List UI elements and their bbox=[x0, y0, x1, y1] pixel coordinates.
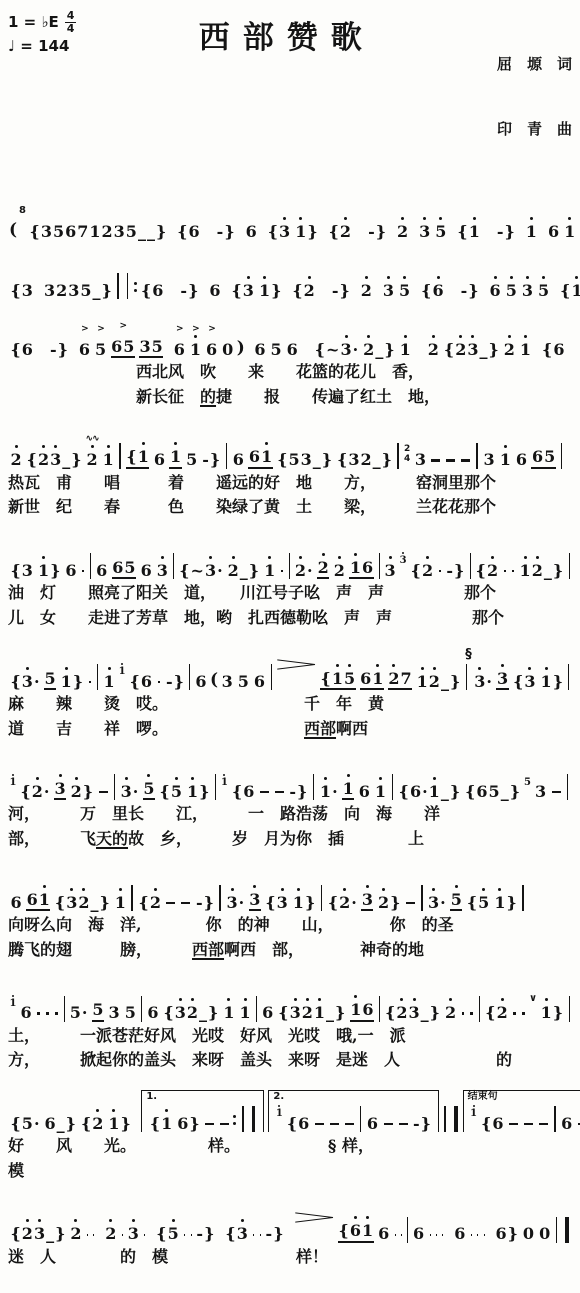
octave-dot bbox=[253, 885, 256, 888]
note-cell: } bbox=[100, 888, 110, 911]
note-cell: } bbox=[382, 445, 392, 468]
note-cell: 2 bbox=[378, 888, 389, 911]
note-cell: 5 bbox=[489, 777, 500, 800]
barline bbox=[141, 996, 142, 1022]
note: 2 bbox=[317, 553, 329, 579]
note-cell: } bbox=[553, 556, 563, 579]
note-digit: _ bbox=[544, 562, 552, 579]
octave-dot bbox=[75, 777, 78, 780]
note-cell: 3 bbox=[157, 556, 168, 579]
note-cell: } bbox=[210, 445, 220, 468]
octave-dot bbox=[36, 777, 39, 780]
note-cell: 6 bbox=[79, 335, 90, 358]
note-digit: 6 bbox=[367, 1115, 378, 1132]
note-digit: 6 bbox=[22, 341, 33, 358]
system-10: {5·6_}{21}1.{16}2.1{66-}结束句1{66-}好 风 光。 … bbox=[8, 1082, 572, 1184]
note-cell: 3 bbox=[54, 774, 65, 797]
note-cell: 1 bbox=[520, 556, 531, 579]
note: 2· bbox=[294, 556, 313, 579]
barline bbox=[466, 664, 467, 690]
note-cell: 1 bbox=[372, 664, 383, 687]
note-cell: _ bbox=[313, 445, 321, 468]
note-cell: { bbox=[268, 217, 278, 240]
note-cell: 3 bbox=[128, 1219, 139, 1242]
note-cell: } bbox=[199, 777, 209, 800]
note-cell: { bbox=[27, 445, 37, 468]
note-cell: 6 bbox=[262, 998, 273, 1021]
note-digit: _ bbox=[501, 783, 509, 800]
note-digit: 2 bbox=[150, 894, 161, 911]
note-cell: { bbox=[292, 276, 302, 299]
note-digit: 6 bbox=[254, 341, 265, 358]
barline bbox=[392, 774, 394, 800]
note-cell: 2 bbox=[11, 445, 22, 468]
note: 1} bbox=[295, 217, 318, 240]
lyric-line: 模 bbox=[8, 1159, 572, 1184]
augmentation-dot: · bbox=[217, 562, 223, 579]
barline bbox=[379, 996, 380, 1022]
note: {6 bbox=[231, 777, 254, 800]
note-cell: · bbox=[353, 335, 359, 358]
augmentation-dot: · bbox=[422, 783, 428, 800]
note-digit: 3 bbox=[50, 451, 61, 468]
note-cell: 6 bbox=[350, 1216, 361, 1239]
credits-block: 屈 塬 词 印 青 曲 bbox=[497, 10, 572, 184]
note-digit: } bbox=[189, 1115, 199, 1132]
note: -} bbox=[265, 1219, 284, 1242]
note: {1 bbox=[560, 276, 580, 299]
note-digit: 0 bbox=[222, 341, 233, 358]
note-cell: · bbox=[217, 556, 223, 579]
note-cell: } bbox=[73, 667, 83, 690]
note-digit: } bbox=[73, 673, 83, 690]
duration-dash bbox=[522, 1012, 525, 1014]
note-cell: · bbox=[82, 998, 88, 1021]
note: 2} bbox=[377, 888, 400, 911]
note-cell: _ bbox=[375, 335, 383, 358]
note-digit: } bbox=[210, 451, 220, 468]
note-digit: 1 bbox=[500, 451, 511, 468]
note-cell: 5 bbox=[168, 1219, 179, 1242]
note: {1 bbox=[149, 1109, 172, 1132]
note-cell: 6 bbox=[112, 553, 123, 576]
note-cell: { bbox=[11, 1219, 21, 1242]
octave-dot bbox=[179, 998, 182, 1001]
note-cell: · bbox=[34, 1109, 40, 1132]
note-cell: { bbox=[485, 998, 495, 1021]
inline-time-signature: 24 bbox=[404, 445, 410, 465]
note-cell: } bbox=[430, 998, 440, 1021]
duration-dash bbox=[406, 902, 415, 904]
note: 5 bbox=[505, 276, 517, 299]
note-cell: 3 bbox=[139, 332, 150, 355]
note-cell: 5 bbox=[435, 217, 446, 240]
accent-icon: > bbox=[192, 324, 199, 334]
octave-dot bbox=[26, 1219, 29, 1222]
note-digit: } bbox=[102, 282, 112, 299]
note-cell: 6 bbox=[22, 335, 33, 358]
note: {~3· bbox=[314, 335, 358, 358]
note-digit: 1 bbox=[362, 1222, 373, 1239]
note-digit: 1 bbox=[314, 1004, 325, 1021]
note: 1 bbox=[399, 335, 411, 358]
note-cell: } bbox=[271, 276, 281, 299]
note-cell: } bbox=[468, 276, 478, 299]
augmentation-dot: · bbox=[239, 894, 245, 911]
lyric-line: 热瓦 甫 唱 着 遥远的好 地 方， 窑洞里那个 bbox=[8, 471, 572, 496]
note-cell: ~ bbox=[326, 335, 339, 358]
note: -} bbox=[496, 217, 515, 240]
note-cell: 2 bbox=[397, 217, 408, 240]
note-digit: 6 bbox=[206, 341, 217, 358]
note-cell: 1 bbox=[104, 667, 115, 690]
barline bbox=[242, 1106, 244, 1132]
note-cell: 2 bbox=[388, 664, 399, 687]
note-digit: } bbox=[430, 1004, 440, 1021]
mordent-icon: ∿∿ bbox=[86, 434, 99, 444]
note-cell: } bbox=[454, 556, 464, 579]
note: 1 bbox=[564, 217, 576, 240]
note: 6 bbox=[515, 445, 527, 468]
note-digit: 1 bbox=[372, 670, 383, 687]
note: {3 bbox=[10, 556, 33, 579]
note-digit: 6 bbox=[195, 673, 206, 690]
note-digit: 5 bbox=[123, 338, 134, 355]
note-digit: 5 bbox=[143, 780, 154, 797]
octave-dot bbox=[54, 445, 57, 448]
note-cell: } bbox=[66, 1109, 76, 1132]
note: {2 bbox=[80, 1109, 103, 1132]
note-cell: 5 bbox=[45, 664, 56, 687]
note-digit: { bbox=[177, 223, 187, 240]
note-cell: 3 bbox=[400, 552, 407, 567]
note-digit: 0 bbox=[539, 1225, 550, 1242]
note-digit: 1 bbox=[39, 891, 50, 908]
note-digit: 1 bbox=[38, 562, 49, 579]
music-line: {23_}223{5-}{3-}{616666}00 bbox=[8, 1193, 572, 1243]
note-digit: 3 bbox=[157, 562, 168, 579]
note-cell: ~ bbox=[191, 556, 204, 579]
note-cell: 2 bbox=[295, 556, 306, 579]
note: {35671235__} bbox=[29, 217, 167, 240]
note-cell: 2 bbox=[340, 217, 351, 240]
note: {23_} bbox=[385, 998, 441, 1021]
note-digit: 5 bbox=[435, 223, 446, 240]
note-cell: 6 bbox=[254, 667, 265, 690]
note-digit: _ bbox=[138, 223, 146, 240]
note-cell: 1 bbox=[10, 774, 17, 789]
note-digit: 2 bbox=[228, 562, 239, 579]
note-cell: 3 bbox=[340, 335, 351, 358]
note-digit: 3 bbox=[535, 783, 546, 800]
note-cell: { bbox=[11, 556, 21, 579]
lyric-line: 河， 万 里长 江， 一 路浩荡 向 海 洋 bbox=[8, 802, 572, 827]
note-cell: 2 bbox=[429, 667, 440, 690]
note-digit: 3 bbox=[54, 780, 65, 797]
note-digit: 2 bbox=[56, 282, 67, 299]
note-cell: { bbox=[321, 664, 331, 687]
note-cell: _ bbox=[199, 998, 207, 1021]
octave-dot bbox=[107, 445, 110, 448]
note-cell: 1 bbox=[375, 777, 386, 800]
note-digit: 5 bbox=[238, 673, 249, 690]
note-digit: 6 bbox=[20, 1004, 31, 1021]
note-digit: 5 bbox=[125, 1004, 136, 1021]
note-cell: 2 bbox=[334, 556, 345, 579]
note: 6 bbox=[96, 556, 108, 579]
grace-note: 3 bbox=[399, 552, 407, 567]
duration-dash bbox=[158, 681, 161, 683]
octave-dot bbox=[433, 777, 436, 780]
note-digit: 2 bbox=[295, 562, 306, 579]
tempo-marking: ♩ = 144 bbox=[8, 35, 76, 58]
note-cell: { bbox=[160, 777, 170, 800]
octave-dot bbox=[147, 774, 150, 777]
note-cell: 2 bbox=[396, 998, 407, 1021]
note-cell: 2 bbox=[70, 1219, 81, 1242]
lyric-line: 向呀么向 海 洋, 你 的神 山， 你 的圣 bbox=[8, 913, 572, 938]
octave-dot bbox=[26, 667, 29, 670]
note-cell: - bbox=[289, 777, 296, 800]
note-digit: 1 bbox=[221, 778, 228, 789]
note: 3 bbox=[54, 774, 66, 800]
note-digit: } bbox=[224, 223, 234, 240]
note-digit: { bbox=[337, 451, 347, 468]
note-digit: 3 bbox=[41, 223, 52, 240]
note-cell: 1 bbox=[264, 556, 275, 579]
note: 6 bbox=[20, 998, 32, 1021]
note-digit: } bbox=[55, 1225, 65, 1242]
note-cell: · bbox=[34, 667, 40, 690]
note: -} bbox=[331, 276, 350, 299]
barline bbox=[119, 443, 121, 469]
augmentation-dot: · bbox=[440, 894, 446, 911]
system-5: {31}666563{~3·2_}12·221633{2-}{212_}油 灯 … bbox=[8, 529, 572, 631]
accent-icon: > bbox=[81, 324, 88, 334]
note: 3 bbox=[521, 276, 533, 299]
note-cell: { bbox=[20, 777, 30, 800]
note: -} bbox=[195, 888, 214, 911]
note-digit: - bbox=[217, 223, 224, 240]
duration-dash bbox=[509, 1123, 518, 1125]
note-cell: 7 bbox=[401, 664, 412, 687]
note: 1} bbox=[108, 1109, 131, 1132]
duration-dash bbox=[89, 681, 92, 683]
note-digit: 6 bbox=[79, 341, 90, 358]
note: {2· bbox=[20, 777, 50, 800]
note-cell: } bbox=[50, 556, 60, 579]
note-cell: 1 bbox=[564, 217, 575, 240]
duration-dash bbox=[504, 570, 506, 572]
note-cell: - bbox=[196, 888, 203, 911]
note-cell: 3 bbox=[249, 885, 260, 908]
lyric-line: 西北风 吹 来 花篮的花儿 香， bbox=[8, 360, 572, 385]
note-digit: { bbox=[130, 673, 140, 690]
duration-dash bbox=[524, 1123, 533, 1125]
lyric-line: 土， 一派苍茫好风 光哎 好风 光哎 哦,一 派 bbox=[8, 1024, 572, 1049]
note: {2· bbox=[327, 888, 357, 911]
accent-icon: > bbox=[120, 321, 127, 331]
note-digit: { bbox=[321, 670, 331, 687]
duration-dash bbox=[82, 570, 84, 572]
tuplet-number: 8 bbox=[19, 205, 26, 216]
duration-dash bbox=[281, 570, 283, 572]
note-digit: } bbox=[271, 282, 281, 299]
octave-dot bbox=[392, 664, 395, 667]
note-cell: { bbox=[467, 888, 477, 911]
note-cell: 6 bbox=[174, 335, 185, 358]
octave-dot bbox=[42, 556, 45, 559]
octave-dot bbox=[96, 1109, 99, 1112]
note-digit: { bbox=[179, 562, 189, 579]
grace-note: 5 bbox=[523, 774, 531, 789]
octave-dot bbox=[42, 445, 45, 448]
note: {6 bbox=[421, 276, 444, 299]
note-cell: 3 bbox=[409, 998, 420, 1021]
octave-dot bbox=[132, 1219, 135, 1222]
note: 5 bbox=[435, 217, 447, 240]
note-cell: } bbox=[305, 888, 315, 911]
note-digit: - bbox=[180, 282, 187, 299]
note: 12_} bbox=[416, 667, 461, 690]
note-digit: 6 bbox=[209, 282, 220, 299]
octave-dot bbox=[345, 335, 348, 338]
sheet-music-page: 1 = ♭E 4 4 ♩ = 144 西部赞歌 屈 塬 词 印 青 曲 (8{3… bbox=[0, 0, 580, 1293]
underlined-lyric: 西部 bbox=[304, 719, 336, 738]
note-cell: 1 bbox=[541, 998, 552, 1021]
note: 5 bbox=[450, 885, 462, 911]
note-cell: { bbox=[225, 1219, 235, 1242]
note-digit: _ bbox=[93, 282, 101, 299]
note-digit: 3 bbox=[522, 282, 533, 299]
note-digit: 2 bbox=[497, 1004, 508, 1021]
note-digit: 2 bbox=[105, 1225, 116, 1242]
note: 5 bbox=[270, 335, 282, 358]
note: 6} bbox=[177, 1109, 200, 1132]
note-cell: 6 bbox=[298, 1109, 309, 1132]
note-cell: } bbox=[506, 888, 516, 911]
note-digit: 6 bbox=[112, 559, 123, 576]
note: 1} bbox=[494, 888, 517, 911]
augmentation-dot: · bbox=[332, 783, 338, 800]
note: {~3· bbox=[179, 556, 223, 579]
note-digit: 3 bbox=[409, 1004, 420, 1021]
underlined-lyric: 天的 bbox=[96, 829, 128, 848]
note: 1 bbox=[519, 335, 531, 358]
octave-dot bbox=[338, 556, 341, 559]
note-cell: 1 bbox=[400, 335, 411, 358]
note-cell: 5 bbox=[270, 335, 281, 358]
note-digit: 1 bbox=[526, 223, 537, 240]
note: {321_} bbox=[278, 998, 346, 1021]
note-digit: 3 bbox=[419, 223, 430, 240]
note-cell: 1 bbox=[541, 667, 552, 690]
octave-dot bbox=[306, 998, 309, 1001]
note: 1} bbox=[258, 276, 281, 299]
note-cell: 2 bbox=[187, 998, 198, 1021]
note: 5 bbox=[537, 276, 549, 299]
note-cell: 5 bbox=[123, 332, 134, 355]
note-cell: 6 bbox=[378, 1219, 389, 1242]
octave-dot bbox=[121, 663, 123, 665]
note-digit: 2 bbox=[363, 341, 374, 358]
octave-dot bbox=[379, 777, 382, 780]
note-cell: 2 bbox=[150, 888, 161, 911]
note: 6 bbox=[489, 276, 501, 299]
octave-dot bbox=[354, 995, 357, 998]
note-cell: } bbox=[553, 998, 563, 1021]
note-digit: _ bbox=[421, 1004, 429, 1021]
octave-dot bbox=[268, 556, 271, 559]
lyric-line: 麻 辣 烫 哎。 千 年 黄 bbox=[8, 692, 572, 717]
note-digit: _ bbox=[240, 562, 248, 579]
note-digit: { bbox=[11, 1115, 21, 1132]
note-digit: 6 bbox=[246, 223, 257, 240]
note-cell: 3 bbox=[383, 276, 394, 299]
note-cell: 2 bbox=[304, 276, 315, 299]
grace-note: 1 bbox=[470, 1105, 478, 1120]
note-cell: } bbox=[510, 777, 520, 800]
octave-dot bbox=[524, 335, 527, 338]
note-cell: } bbox=[55, 1219, 65, 1242]
note-digit: 1 bbox=[400, 341, 411, 358]
grace-note: 1 bbox=[220, 774, 228, 789]
octave-dot bbox=[568, 217, 571, 220]
note-digit: 2 bbox=[334, 562, 345, 579]
note-cell: 1 bbox=[526, 217, 537, 240]
note-cell: { bbox=[476, 556, 486, 579]
note: 2 bbox=[105, 1219, 117, 1242]
note-cell: 6 bbox=[195, 667, 206, 690]
note-digit: } bbox=[249, 562, 259, 579]
octave-dot bbox=[241, 1219, 244, 1222]
note-cell: 1 bbox=[115, 888, 126, 911]
note: {1 bbox=[457, 217, 480, 240]
note: {2 bbox=[292, 276, 315, 299]
note: {3· bbox=[10, 667, 40, 690]
note-cell: 2 bbox=[38, 445, 49, 468]
parenthesis: ( bbox=[9, 221, 17, 240]
note-digit: _ bbox=[326, 1004, 334, 1021]
note-digit: { bbox=[156, 1225, 166, 1242]
note-digit: 6 bbox=[490, 282, 501, 299]
note-cell: 6 bbox=[532, 442, 543, 465]
note-digit: 1 bbox=[223, 1004, 234, 1021]
octave-dot bbox=[433, 667, 436, 670]
note-digit: { bbox=[385, 1004, 395, 1021]
note-cell: _ bbox=[544, 556, 552, 579]
note: {2 bbox=[328, 217, 351, 240]
note-digit: 3 bbox=[249, 891, 260, 908]
note: {32_} bbox=[337, 445, 393, 468]
note: 3· bbox=[120, 777, 139, 800]
note: 6 bbox=[209, 276, 221, 299]
barline bbox=[567, 774, 569, 800]
octave-dot bbox=[401, 217, 404, 220]
note-cell: 6 bbox=[492, 1109, 503, 1132]
note-digit: { bbox=[542, 341, 552, 358]
note-cell: } bbox=[488, 335, 498, 358]
note: {3 bbox=[267, 217, 290, 240]
note-cell: 2 bbox=[32, 777, 43, 800]
note-digit: 3 bbox=[66, 894, 77, 911]
note-cell: _ bbox=[138, 217, 146, 240]
accent-icon: > bbox=[97, 324, 104, 334]
note-digit: 5 bbox=[126, 223, 137, 240]
note-cell: 3 bbox=[467, 335, 478, 358]
barline bbox=[556, 1217, 558, 1243]
note-digit: 2 bbox=[92, 1115, 103, 1132]
